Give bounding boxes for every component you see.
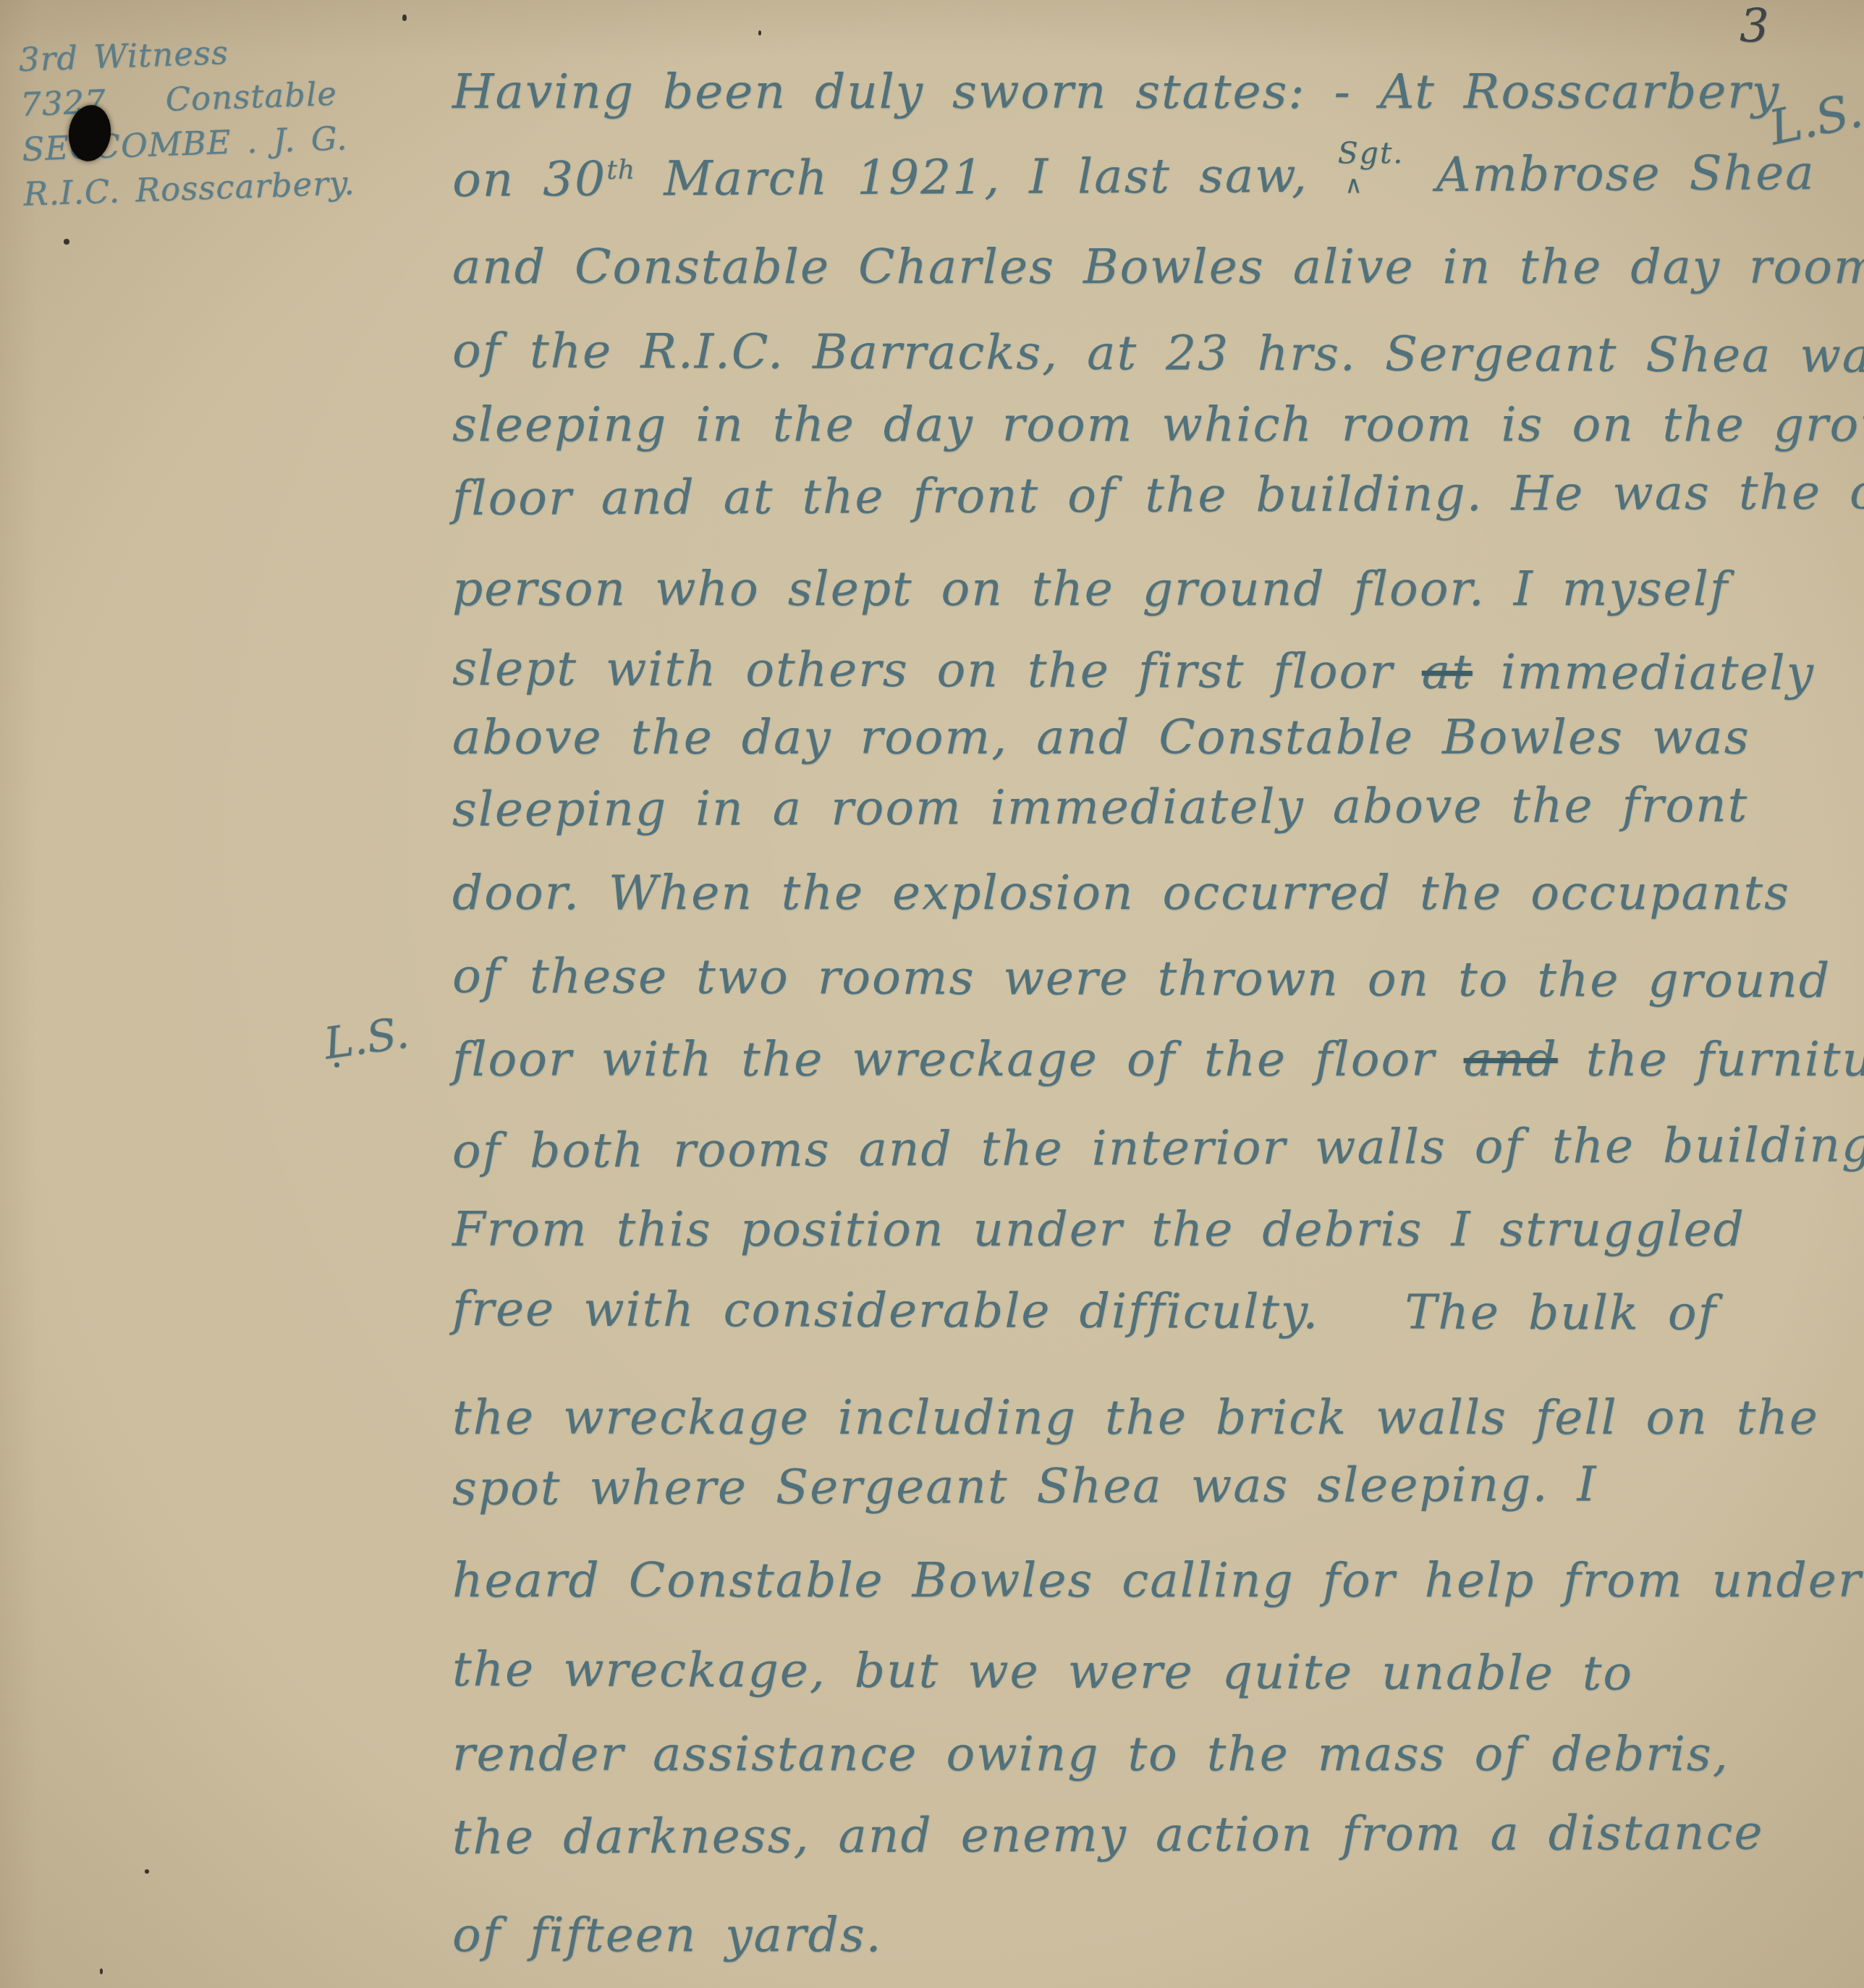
paper-speck: [758, 30, 761, 35]
statement-line: render assistance owing to the mass of d…: [452, 1726, 1729, 1782]
statement-line: the wreckage including the brick walls f…: [452, 1390, 1819, 1445]
statement-line: of these two rooms were thrown on to the…: [452, 948, 1831, 1009]
margin-rank: Constable: [165, 75, 338, 119]
statement-line: sleeping in a room immediately above the…: [452, 777, 1748, 837]
inserted-word: Sgt.∧: [1336, 143, 1408, 192]
struck-word: at: [1422, 644, 1473, 700]
struck-word: and: [1464, 1031, 1558, 1087]
paper-speck: [100, 1968, 103, 1974]
caret-icon: ∧: [1344, 170, 1363, 198]
paper-speck: [145, 1869, 149, 1874]
initials-annotation-mid-left: L.S.: [321, 1007, 412, 1070]
ordinal-suffix: th: [606, 154, 635, 185]
page-number: 3: [1740, 0, 1769, 54]
statement-line: of fifteen yards.: [452, 1907, 883, 1963]
statement-line: floor and at the front of the building. …: [452, 464, 1864, 526]
statement-line: slept with others on the first floor at …: [452, 640, 1815, 701]
statement-line: free with considerable difficulty.The bu…: [452, 1281, 1717, 1341]
paper-speck: [64, 239, 69, 245]
statement-line: of the R.I.C. Barracks, at 23 hrs. Serge…: [452, 323, 1864, 384]
witness-margin-block: 3rd Witness 7327Constable SECCOMBE . J. …: [18, 26, 355, 217]
punch-hole-gap: [106, 111, 166, 113]
statement-line: spot where Sergeant Shea was sleeping. I: [452, 1456, 1598, 1516]
statement-line: the darkness, and enemy action from a di…: [452, 1805, 1764, 1865]
statement-line: door. When the explosion occurred the oc…: [452, 865, 1790, 921]
statement-line: the wreckage, but we were quite unable t…: [452, 1641, 1633, 1701]
statement-line: person who slept on the ground floor. I …: [452, 561, 1729, 617]
inserted-word-text: Sgt.: [1337, 135, 1404, 170]
statement-line: of both rooms and the interior walls of …: [452, 1117, 1864, 1179]
statement-line: on 30th March 1921, I last saw, Sgt.∧ Am…: [452, 141, 1816, 208]
manuscript-page: 3 3rd Witness 7327Constable SECCOMBE . J…: [0, 0, 1864, 1988]
paper-speck: [402, 14, 407, 21]
statement-line: heard Constable Bowles calling for help …: [452, 1552, 1862, 1608]
statement-line: Having been duly sworn states: - At Ross…: [452, 64, 1780, 119]
statement-line: floor with the wreckage of the floor and…: [452, 1031, 1864, 1087]
paper-speck: [334, 1062, 339, 1067]
statement-line: From this position under the debris I st…: [452, 1201, 1745, 1257]
statement-line: above the day room, and Constable Bowles…: [452, 709, 1750, 765]
statement-line: sleeping in the day room which room is o…: [452, 397, 1864, 452]
statement-line: and Constable Charles Bowles alive in th…: [452, 239, 1864, 295]
